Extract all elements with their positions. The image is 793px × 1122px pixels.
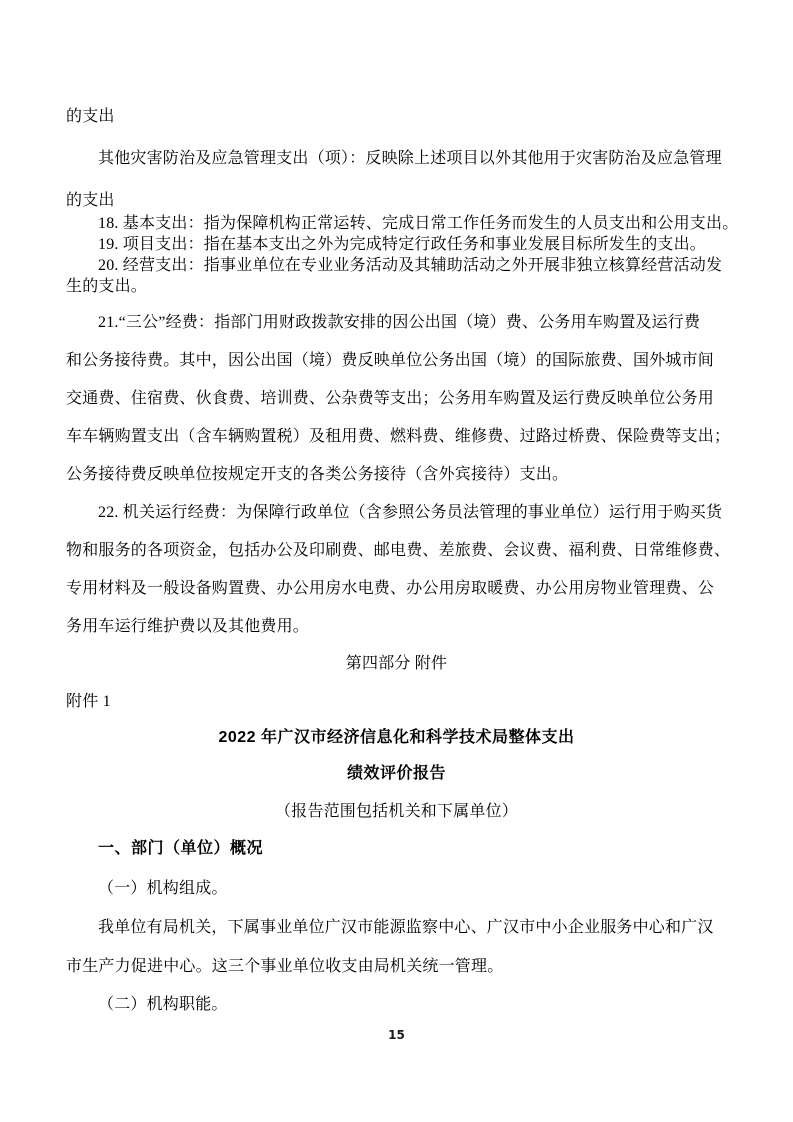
section-1-heading: 一、部门（单位）概况 <box>66 839 729 858</box>
definition-item-21-line: 公务接待费反映单位按规定开支的各类公务接待（含外宾接待）支出。 <box>66 465 729 484</box>
section-1-1-heading: （一）机构组成。 <box>66 879 729 898</box>
other-disaster-paragraph-line: 的支出 <box>66 191 729 210</box>
definition-item-22-line: 物和服务的各项资金，包括办公及印刷费、邮电费、差旅费、会议费、福利费、日常维修费… <box>66 541 729 560</box>
org-composition-line: 市生产力促进中心。这三个事业单位收支由局机关统一管理。 <box>66 957 729 976</box>
attachment-label: 附件 1 <box>66 692 729 711</box>
definition-item-19: 19. 项目支出：指在基本支出之外为完成特定行政任务和事业发展目标所发生的支出。 <box>66 235 729 254</box>
section-1-2-heading: （二）机构职能。 <box>66 995 729 1014</box>
report-title-line2: 绩效评价报告 <box>0 764 793 783</box>
definition-item-22-line: 专用材料及一般设备购置费、办公用房水电费、办公用房取暖费、办公用房物业管理费、公 <box>66 579 729 598</box>
definition-item-22-line: 务用车运行维护费以及其他费用。 <box>66 617 729 636</box>
definition-item-22-line: 22. 机关运行经费：为保障行政单位（含参照公务员法管理的事业单位）运行用于购买… <box>66 503 729 522</box>
definition-item-21-line: 交通费、住宿费、伙食费、培训费、公杂费等支出；公务用车购置及运行费反映单位公务用 <box>66 389 729 408</box>
org-composition-line: 我单位有局机关，下属事业单位广汉市能源监察中心、广汉市中小企业服务中心和广汉 <box>66 918 729 937</box>
document-page: 的支出 其他灾害防治及应急管理支出（项）：反映除上述项目以外其他用于灾害防治及应… <box>0 0 793 1122</box>
definition-item-20-line: 生的支出。 <box>66 277 729 296</box>
definition-item-18: 18. 基本支出：指为保障机构正常运转、完成日常工作任务而发生的人员支出和公用支… <box>66 214 729 233</box>
page-number: 15 <box>0 1028 793 1042</box>
other-disaster-paragraph-line: 其他灾害防治及应急管理支出（项）：反映除上述项目以外其他用于灾害防治及应急管理 <box>66 149 729 168</box>
definition-item-21-line: 和公务接待费。其中，因公出国（境）费反映单位公务出国（境）的国际旅费、国外城市间 <box>66 351 729 370</box>
part4-heading: 第四部分 附件 <box>0 654 793 673</box>
definition-item-21-line: 车车辆购置支出（含车辆购置税）及租用费、燃料费、维修费、过路过桥费、保险费等支出… <box>66 427 729 446</box>
definition-item-21-line: 21.“三公”经费：指部门用财政拨款安排的因公出国（境）费、公务用车购置及运行费 <box>66 313 729 332</box>
paragraph-continuation-line: 的支出 <box>66 107 729 126</box>
report-title-line1: 2022 年广汉市经济信息化和科学技术局整体支出 <box>0 728 793 747</box>
report-scope-note: （报告范围包括机关和下属单位） <box>0 802 793 821</box>
definition-item-20-line: 20. 经营支出：指事业单位在专业业务活动及其辅助活动之外开展非独立核算经营活动… <box>66 256 729 275</box>
